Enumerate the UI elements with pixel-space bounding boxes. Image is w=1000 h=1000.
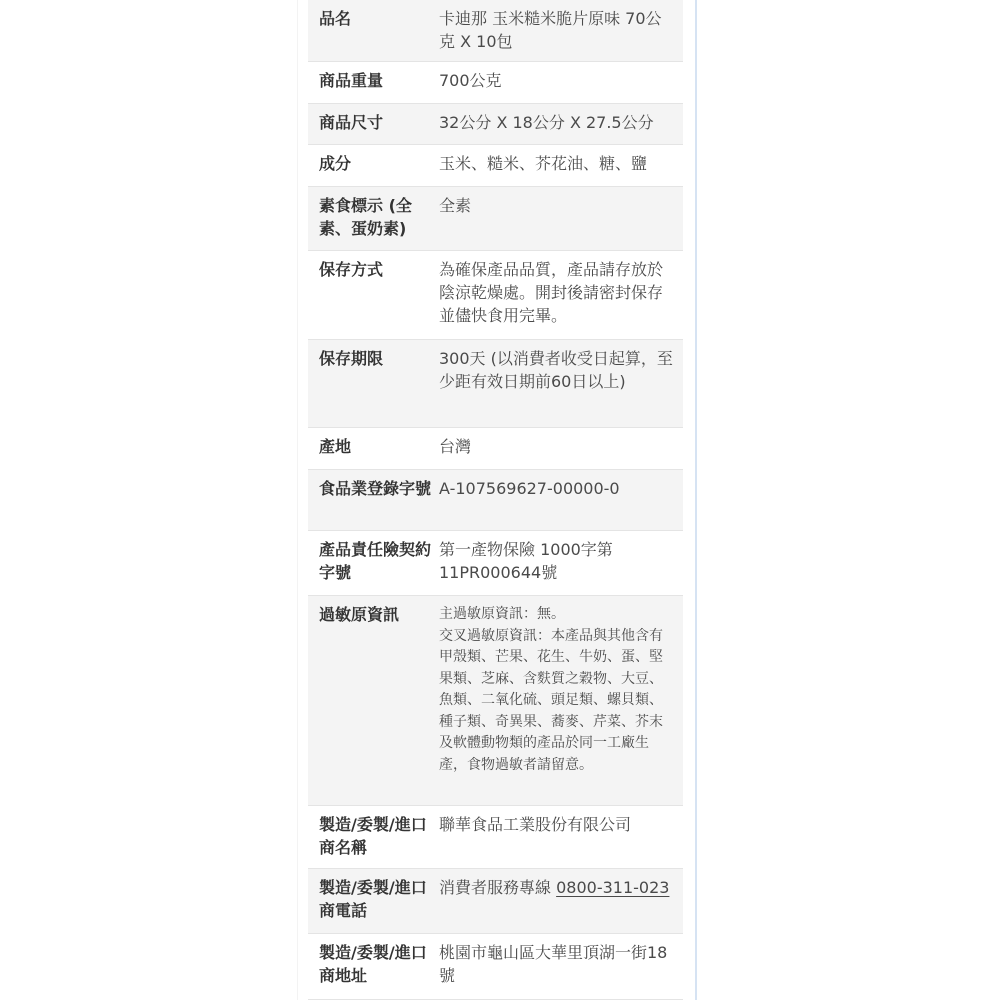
spec-row-product-name: 品名 卡迪那 玉米糙米脆片原味 70公克 X 10包 [308,0,683,62]
allergen-main: 主過敏原資訊：無。 [439,604,675,626]
spec-value: 聯華食品工業股份有限公司 [439,806,683,868]
spec-value: 台灣 [439,428,683,469]
spec-label: 製造/委製/進口商名稱 [308,806,439,868]
spec-label: 製造/委製/進口商地址 [308,934,439,999]
spec-value: 32公分 X 18公分 X 27.5公分 [439,104,683,144]
spec-row-storage: 保存方式 為確保產品品質，產品請存放於陰涼乾燥處。開封後請密封保存並儘快食用完畢… [308,251,683,340]
spec-row-allergens: 過敏原資訊 主過敏原資訊：無。 交叉過敏原資訊：本產品與其他含有甲殼類、芒果、花… [308,596,683,806]
product-spec-table: 品名 卡迪那 玉米糙米脆片原味 70公克 X 10包 商品重量 700公克 商品… [308,0,683,1000]
allergen-cross: 交叉過敏原資訊：本產品與其他含有甲殼類、芒果、花生、牛奶、蛋、堅果類、芝麻、含麩… [439,626,675,777]
spec-label: 產品責任險契約字號 [308,531,439,595]
phone-link[interactable]: 0800-311-023 [556,878,669,897]
spec-label: 保存期限 [308,340,439,427]
spec-row-vegetarian: 素食標示 (全素、蛋奶素) 全素 [308,187,683,251]
spec-value: 300天 (以消費者收受日起算，至少距有效日期前60日以上) [439,340,683,427]
spec-value: 桃園市龜山區大華里頂湖一街18號 [439,934,683,999]
spec-label: 素食標示 (全素、蛋奶素) [308,187,439,250]
spec-value: 玉米、糙米、芥花油、糖、鹽 [439,145,683,186]
spec-value: 消費者服務專線 0800-311-023 [439,869,683,933]
spec-label: 品名 [308,0,439,61]
spec-label: 產地 [308,428,439,469]
spec-label: 商品尺寸 [308,104,439,144]
spec-value: 主過敏原資訊：無。 交叉過敏原資訊：本產品與其他含有甲殼類、芒果、花生、牛奶、蛋… [439,596,683,805]
spec-label: 保存方式 [308,251,439,339]
spec-row-manufacturer-name: 製造/委製/進口商名稱 聯華食品工業股份有限公司 [308,806,683,869]
spec-row-shelf-life: 保存期限 300天 (以消費者收受日起算，至少距有效日期前60日以上) [308,340,683,428]
phone-prefix: 消費者服務專線 [439,878,556,897]
spec-label: 成分 [308,145,439,186]
spec-value: 第一產物保險 1000字第11PR000644號 [439,531,683,595]
spec-label: 商品重量 [308,62,439,103]
spec-value: 700公克 [439,62,683,103]
spec-row-food-registration: 食品業登錄字號 A-107569627-00000-0 [308,470,683,531]
spec-value: 卡迪那 玉米糙米脆片原味 70公克 X 10包 [439,0,683,61]
spec-row-manufacturer-phone: 製造/委製/進口商電話 消費者服務專線 0800-311-023 [308,869,683,934]
spec-row-origin: 產地 台灣 [308,428,683,470]
spec-value: 為確保產品品質，產品請存放於陰涼乾燥處。開封後請密封保存並儘快食用完畢。 [439,251,683,339]
spec-row-dimensions: 商品尺寸 32公分 X 18公分 X 27.5公分 [308,104,683,145]
spec-value: 全素 [439,187,683,250]
product-spec-page: 品名 卡迪那 玉米糙米脆片原味 70公克 X 10包 商品重量 700公克 商品… [297,0,697,1000]
spec-row-manufacturer-address: 製造/委製/進口商地址 桃園市龜山區大華里頂湖一街18號 [308,934,683,1000]
spec-value: A-107569627-00000-0 [439,470,683,530]
spec-row-liability-insurance: 產品責任險契約字號 第一產物保險 1000字第11PR000644號 [308,531,683,596]
spec-row-ingredients: 成分 玉米、糙米、芥花油、糖、鹽 [308,145,683,187]
spec-label: 製造/委製/進口商電話 [308,869,439,933]
spec-label: 過敏原資訊 [308,596,439,805]
spec-label: 食品業登錄字號 [308,470,439,530]
spec-row-weight: 商品重量 700公克 [308,62,683,104]
